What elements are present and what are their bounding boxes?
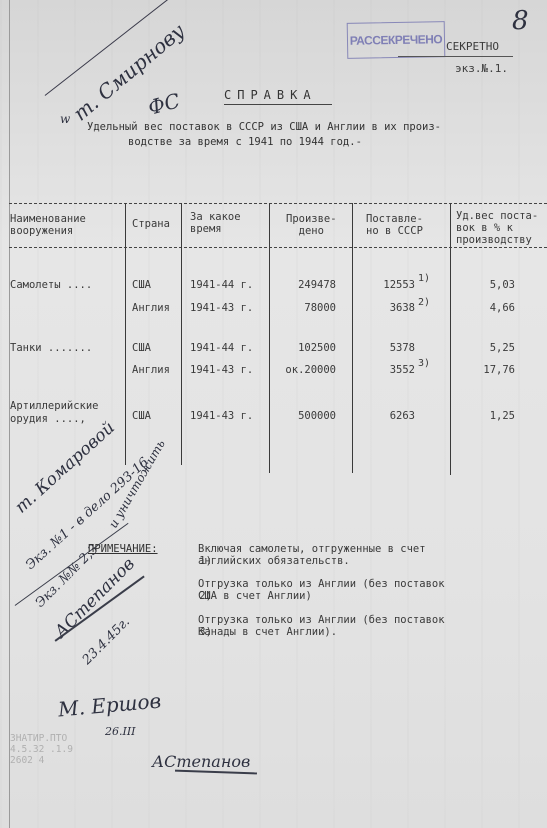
header-produced: Произве- дено	[286, 213, 337, 237]
col-divider-1	[125, 203, 126, 465]
header-delivered: Поставле- но в СССР	[366, 213, 423, 237]
cell-produced: 249478	[276, 279, 336, 291]
copy-number: экз.№.1.	[455, 62, 508, 75]
col-divider-2	[181, 203, 182, 465]
cell-produced: ок.20000	[272, 364, 336, 376]
cell-produced: 78000	[276, 302, 336, 314]
note-1-line2: английских обязательств.	[198, 555, 350, 567]
subtitle-line-2: водстве за время с 1941 по 1944 год.-	[128, 136, 362, 148]
cell-country: США	[132, 410, 151, 422]
header-delivered-line2: но в СССР	[366, 225, 423, 237]
handwritten-mark: w	[60, 112, 70, 126]
cell-weapon-artillery: Артиллерийские орудия ....,	[10, 400, 99, 426]
header-share: Уд.вес поста- вок в % к производству	[456, 210, 538, 246]
header-delivered-line1: Поставле-	[366, 213, 423, 225]
typed-reference: ЗНАТИР.ПТО 4.5.32 .1.9 2602 4	[10, 733, 73, 766]
col-divider-4	[352, 203, 353, 473]
cell-produced: 102500	[276, 342, 336, 354]
note-3-line2: Канады в счет Англии).	[198, 626, 337, 638]
table-header-rule	[9, 247, 547, 248]
cell-period: 1941-43 г.	[190, 302, 253, 314]
page-number: 8	[512, 6, 529, 36]
declassified-stamp: РАССЕКРЕЧЕНО	[347, 21, 446, 59]
cell-period: 1941-44 г.	[190, 279, 253, 291]
cell-country: США	[132, 342, 151, 354]
bottom-signature-date: 26.III	[105, 725, 136, 738]
note-1-line1: Включая самолеты, отгруженные в счет	[198, 543, 426, 555]
handwritten-margin-date: 23.4.45г.	[80, 615, 133, 668]
header-share-line2: вок в % к	[456, 222, 538, 234]
cell-period: 1941-43 г.	[190, 364, 253, 376]
cell-country: Англия	[132, 364, 170, 376]
cell-delivered: 6263	[355, 410, 415, 422]
note-2-line2: США в счет Англии)	[198, 590, 312, 602]
cell-share: 1,25	[455, 410, 515, 422]
cell-share: 4,66	[455, 302, 515, 314]
cell-delivered: 12553	[355, 279, 415, 291]
col-divider-5	[450, 203, 451, 475]
cell-produced: 500000	[276, 410, 336, 422]
cell-country: США	[132, 279, 151, 291]
cell-period: 1941-43 г.	[190, 410, 253, 422]
handwritten-initials: ФС	[145, 88, 182, 119]
title-underline	[224, 104, 332, 105]
header-weapon-line1: Наименование	[10, 213, 86, 225]
cell-share: 5,25	[455, 342, 515, 354]
classification-label: СЕКРЕТНО	[446, 40, 499, 53]
table-top-rule	[9, 203, 547, 204]
typed-reference-line1: ЗНАТИР.ПТО	[10, 733, 73, 744]
note-3-line1: Отгрузка только из Англии (без поставок	[198, 614, 445, 626]
col-divider-3	[269, 203, 270, 473]
cell-weapon-aircraft: Самолеты ....	[10, 279, 92, 291]
cell-period: 1941-44 г.	[190, 342, 253, 354]
note-2-line1: Отгрузка только из Англии (без поставок	[198, 578, 445, 590]
bottom-signature-1: М. Ершов	[57, 689, 162, 722]
cell-delivered: 3552	[355, 364, 415, 376]
typed-reference-line3: 2602 4	[10, 755, 73, 766]
document-title: СПРАВКА	[224, 88, 317, 102]
header-weapon: Наименование вооружения	[10, 213, 86, 237]
cell-share: 5,03	[455, 279, 515, 291]
cell-footnote-ref: 1)	[418, 273, 430, 284]
header-period-line2: время	[190, 223, 241, 235]
cell-share: 17,76	[455, 364, 515, 376]
header-period: За какое время	[190, 211, 241, 235]
subtitle-line-1: Удельный вес поставок в СССР из США и Ан…	[87, 121, 441, 133]
cell-footnote-ref: 3)	[418, 358, 430, 369]
header-share-line3: производству	[456, 234, 538, 246]
header-produced-line1: Произве-	[286, 213, 337, 225]
cell-footnote-ref: 2)	[418, 297, 430, 308]
cell-delivered: 3638	[355, 302, 415, 314]
notes-label: ПРИМЕЧАНИЕ:	[88, 543, 158, 555]
artillery-line2: орудия ....,	[10, 413, 99, 426]
header-share-line1: Уд.вес поста-	[456, 210, 538, 222]
header-country: Страна	[132, 218, 170, 230]
cell-delivered: 5378	[355, 342, 415, 354]
bottom-signature-2: АСтепанов	[152, 752, 250, 771]
header-weapon-line2: вооружения	[10, 225, 86, 237]
typed-reference-line2: 4.5.32 .1.9	[10, 744, 73, 755]
note-3: 3) Отгрузка только из Англии (без постав…	[174, 614, 212, 674]
cell-country: Англия	[132, 302, 170, 314]
header-produced-line2: дено	[286, 225, 337, 237]
artillery-line1: Артиллерийские	[10, 400, 99, 413]
cell-weapon-tanks: Танки .......	[10, 342, 92, 354]
classification-underline	[398, 56, 513, 57]
header-period-line1: За какое	[190, 211, 241, 223]
document-page: 8 РАССЕКРЕЧЕНО СЕКРЕТНО экз.№.1. т. Смир…	[0, 0, 547, 828]
